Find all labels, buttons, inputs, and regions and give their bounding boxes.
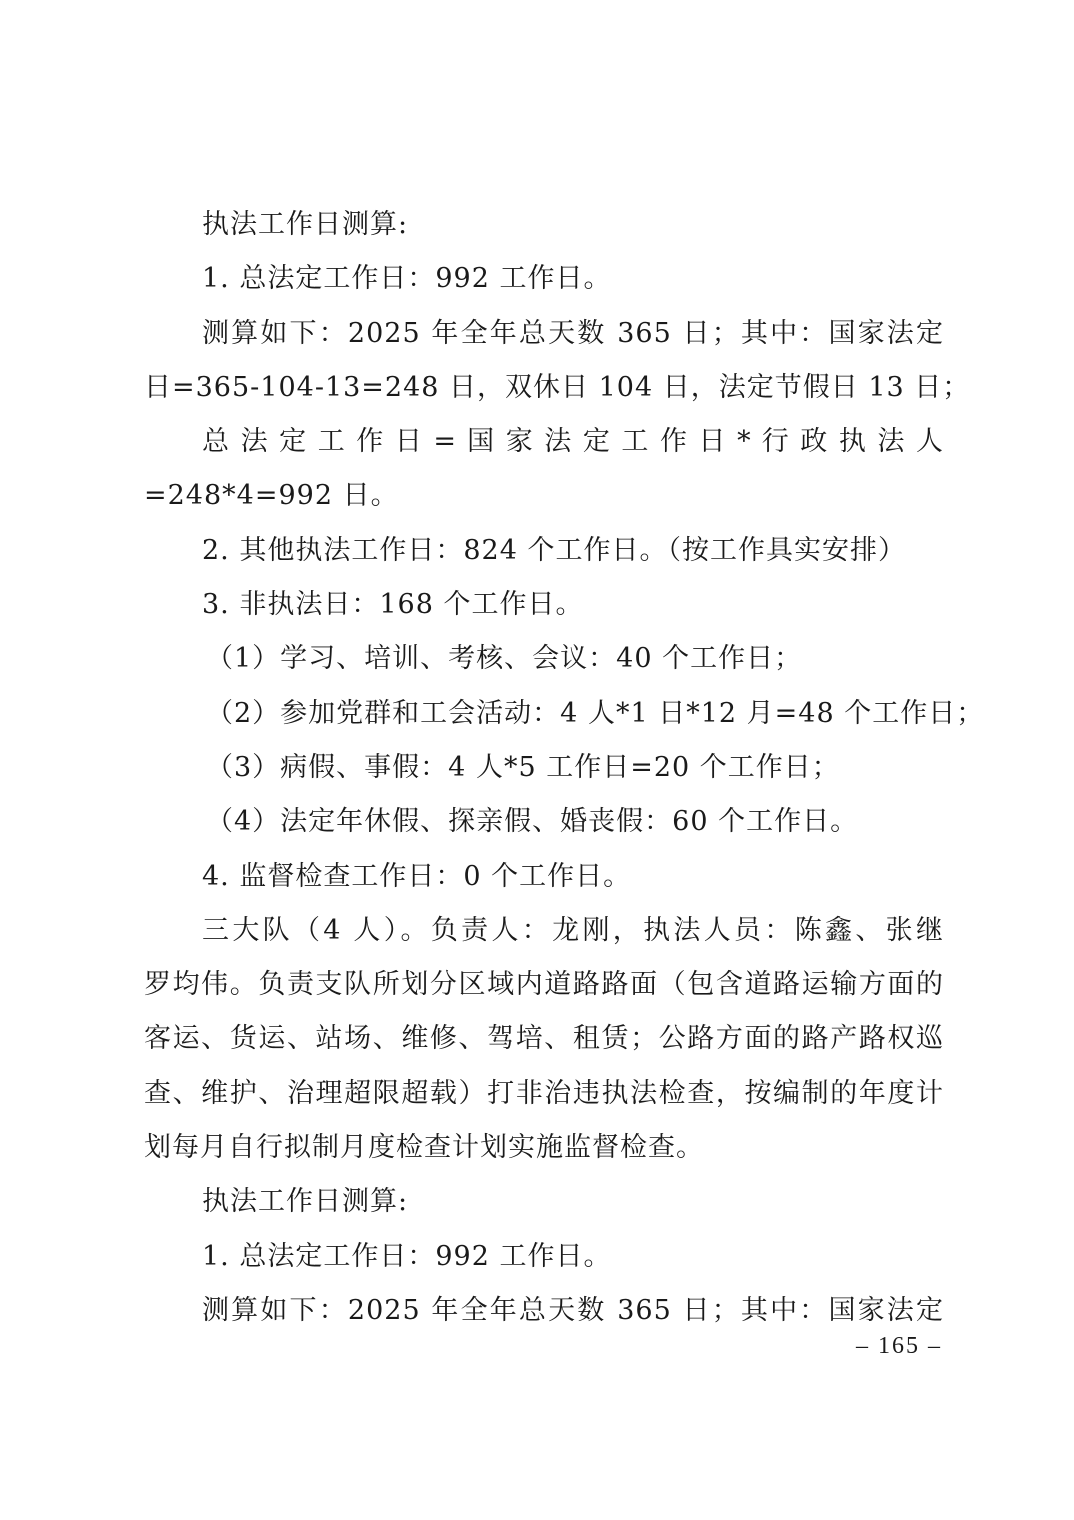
team-three-paragraph-line: 客运、货运、站场、维修、驾培、租赁；公路方面的路产路权巡	[144, 1012, 944, 1066]
item-1-total-legal-workdays: 1. 总法定工作日：992 工作日。	[144, 1230, 944, 1284]
item-2-other-enforcement-days: 2. 其他执法工作日：824 个工作日。（按工作具实安排）	[144, 524, 944, 578]
item-3-non-enforcement-days: 3. 非执法日：168 个工作日。	[144, 578, 944, 632]
sub-item-2: （2）参加党群和工会活动：4 人*1 日*12 月=48 个工作日；	[144, 687, 944, 741]
sub-item-4: （4）法定年休假、探亲假、婚丧假：60 个工作日。	[144, 795, 944, 849]
team-three-paragraph-line: 划每月自行拟制月度检查计划实施监督检查。	[144, 1121, 944, 1175]
calc-paragraph-line: 测算如下：2025 年全年总天数 365 日；其中：国家法定工作	[144, 1284, 944, 1338]
section-heading-workday-calc: 执法工作日测算:	[144, 1175, 944, 1229]
calc-paragraph-line: 日=365-104-13=248 日，双休日 104 日，法定节假日 13 日；	[144, 361, 944, 415]
team-three-paragraph-line: 罗均伟。负责支队所划分区域内道路路面（包含道路运输方面的	[144, 958, 944, 1012]
team-three-paragraph-line: 查、维护、治理超限超载）打非治违执法检查，按编制的年度计	[144, 1067, 944, 1121]
calc-paragraph-line: 测算如下：2025 年全年总天数 365 日；其中：国家法定工作	[144, 307, 944, 361]
item-4-supervision-days: 4. 监督检查工作日：0 个工作日。	[144, 850, 944, 904]
team-three-paragraph-line: 三大队（4 人）。负责人：龙刚，执法人员：陈鑫、张继华、	[144, 904, 944, 958]
formula-paragraph-line: 总 法 定 工 作 日 = 国 家 法 定 工 作 日 * 行 政 执 法 人 …	[144, 415, 944, 469]
section-heading-workday-calc: 执法工作日测算:	[144, 198, 944, 252]
sub-item-3: （3）病假、事假：4 人*5 工作日=20 个工作日；	[144, 741, 944, 795]
item-1-total-legal-workdays: 1. 总法定工作日：992 工作日。	[144, 252, 944, 306]
formula-paragraph-line: =248*4=992 日。	[144, 469, 944, 523]
sub-item-1: （1）学习、培训、考核、会议：40 个工作日；	[144, 632, 944, 686]
document-page: 执法工作日测算: 1. 总法定工作日：992 工作日。 测算如下：2025 年全…	[144, 198, 944, 1338]
page-number: – 165 –	[856, 1330, 942, 1362]
